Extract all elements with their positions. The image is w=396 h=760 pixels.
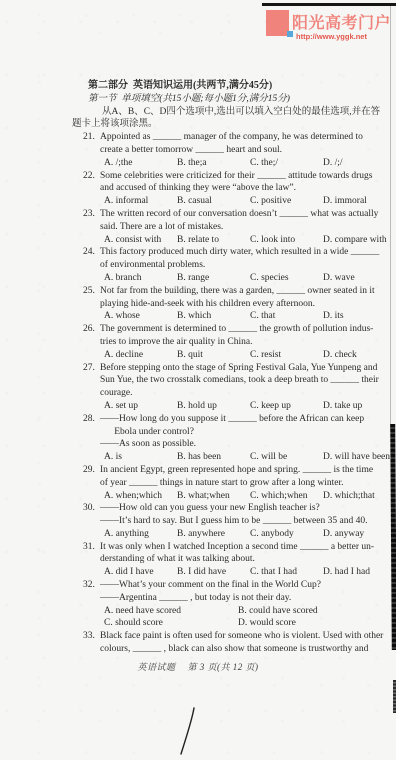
question-text-line: ——How old can you guess your new English… <box>100 502 393 515</box>
question-body: It was only when I watched Inception a s… <box>100 541 393 579</box>
page-footer: 英语试题第 3 页(共 12 页) <box>0 660 396 673</box>
question-number: 32. <box>83 579 95 592</box>
option: D. had I had <box>323 566 396 579</box>
question: 24.This factory produced much dirty wate… <box>72 246 393 284</box>
question-body: Black face paint is often used for someo… <box>100 630 393 656</box>
question-text-line: playing hide-and-seek with his children … <box>100 298 393 311</box>
question-body: Appointed as ______ manager of the compa… <box>100 131 393 169</box>
options-row: C. should scoreD. would score <box>100 617 393 630</box>
option: C. the;/ <box>250 157 323 170</box>
option: A. need have scored <box>104 605 238 618</box>
question-text-line: and accused of thinking they were “above… <box>100 182 393 195</box>
question-text-line: ——Argentina ______ , but today is not th… <box>100 592 393 605</box>
option: D. would score <box>238 617 372 630</box>
question-number: 28. <box>83 413 95 426</box>
option: D. check <box>323 349 396 362</box>
option: B. range <box>177 272 250 285</box>
question-text-line: ——It’s hard to say. But I guess him to b… <box>100 515 393 528</box>
question: 26.The government is determined to _____… <box>72 323 393 361</box>
option: C. should score <box>104 617 238 630</box>
option: D. immoral <box>323 195 396 208</box>
question: 23.The written record of our conversatio… <box>72 208 393 246</box>
question: 25.Not far from the building, there was … <box>72 285 393 323</box>
questions-list: 21.Appointed as ______ manager of the co… <box>72 131 393 656</box>
pen-stroke-mark <box>170 702 220 760</box>
question-text-line: derstanding of what it was talking about… <box>100 553 393 566</box>
logo-blue-square-icon <box>287 31 293 37</box>
option: A. branch <box>104 272 177 285</box>
option: A. consist with <box>104 234 177 247</box>
question-number: 30. <box>83 502 95 515</box>
question-text-line: Appointed as ______ manager of the compa… <box>100 131 393 144</box>
option: C. that <box>250 310 323 323</box>
option: D. wave <box>323 272 396 285</box>
question: 30.——How old can you guess your new Engl… <box>72 502 393 540</box>
question-body: The government is determined to ______ t… <box>100 323 393 361</box>
question-text-line: Not far from the building, there was a g… <box>100 285 393 298</box>
option: D. anyway <box>323 528 396 541</box>
question-text-line: Before stepping onto the stage of Spring… <box>100 362 393 375</box>
question-body: This factory produced much dirty water, … <box>100 246 393 284</box>
option: D. /;/ <box>323 157 396 170</box>
question-body: ——How long do you suppose it ______ befo… <box>100 413 393 464</box>
question-text-line: ——What’s your comment on the final in th… <box>100 579 393 592</box>
option: B. the;a <box>177 157 250 170</box>
option: D. compare with <box>323 234 396 247</box>
question: 21.Appointed as ______ manager of the co… <box>72 131 393 169</box>
option: C. resist <box>250 349 323 362</box>
option: A. set up <box>104 400 177 413</box>
option: D. will have been <box>323 451 396 464</box>
question-body: Not far from the building, there was a g… <box>100 285 393 323</box>
options-row: A. need have scoredB. could have scored <box>100 605 393 618</box>
question-text-line: colours, ______ , black can also show th… <box>100 643 393 656</box>
question: 31.It was only when I watched Inception … <box>72 541 393 579</box>
question-text-line: of year ______ things in nature start to… <box>100 477 393 490</box>
option: B. quit <box>177 349 250 362</box>
options-row: A. when;whichB. what;whenC. which;whenD.… <box>100 490 393 503</box>
question-number: 21. <box>83 131 95 144</box>
question: 22.Some celebrities were criticized for … <box>72 170 393 208</box>
options-row: A. consist withB. relate toC. look intoD… <box>100 234 393 247</box>
site-url: http://www.yggk.net <box>296 32 367 41</box>
question-text-line: of environmental problems. <box>100 259 393 272</box>
question-text-line: Sun Yue, the two crosstalk comedians, to… <box>100 374 393 387</box>
option: C. that I had <box>250 566 323 579</box>
question-text-line: ——As soon as possible. <box>100 438 393 451</box>
doc-label: 英语试题 <box>137 662 175 672</box>
question-text-line: create a better tomorrow ______ heart an… <box>100 144 393 157</box>
question-number: 22. <box>83 170 95 183</box>
option: A. informal <box>104 195 177 208</box>
question-body: In ancient Egypt, green represented hope… <box>100 464 393 502</box>
question-body: Some celebrities were criticized for the… <box>100 170 393 208</box>
scanned-exam-page: 阳光高考门户 http://www.yggk.net 第二部分 英语知识运用(共… <box>0 0 396 760</box>
question: 33.Black face paint is often used for so… <box>72 630 393 656</box>
option: B. I did have <box>177 566 250 579</box>
options-row: A. isB. has beenC. will beD. will have b… <box>100 451 393 464</box>
logo-red-square-icon <box>266 10 289 36</box>
site-name: 阳光高考门户 <box>292 10 391 33</box>
option: B. could have scored <box>238 605 372 618</box>
question-number: 31. <box>83 541 95 554</box>
part-title: 第二部分 英语知识运用(共两节,满分45分) <box>72 80 393 93</box>
option: A. anything <box>104 528 177 541</box>
question-text-line: Some celebrities were criticized for the… <box>100 170 393 183</box>
scan-edge-top-line <box>262 3 396 6</box>
question-text-line: tries to improve the air quality in Chin… <box>100 336 393 349</box>
question-text-line: courage. <box>100 387 393 400</box>
section-title: 第一节 单项填空(共15小题;每小题1分,满分15分) <box>72 93 393 106</box>
question-text-line: In ancient Egypt, green represented hope… <box>100 464 393 477</box>
question-body: The written record of our conversation d… <box>100 208 393 246</box>
question-number: 23. <box>83 208 95 221</box>
options-row: A. /;theB. the;aC. the;/D. /;/ <box>100 157 393 170</box>
option: A. did I have <box>104 566 177 579</box>
instruction-line: 从A、B、C、D四个选项中,选出可以填入空白处的最佳选项,并在答 <box>72 106 393 119</box>
instruction-line: 题卡上将该项涂黑。 <box>72 118 393 131</box>
options-row: A. declineB. quitC. resistD. check <box>100 349 393 362</box>
option: B. which <box>177 310 250 323</box>
question-number: 24. <box>83 246 95 259</box>
option: C. look into <box>250 234 323 247</box>
option: B. relate to <box>177 234 250 247</box>
option: C. will be <box>250 451 323 464</box>
question-body: Before stepping onto the stage of Spring… <box>100 362 393 413</box>
option: B. casual <box>177 195 250 208</box>
option: B. hold up <box>177 400 250 413</box>
options-row: A. whoseB. whichC. thatD. its <box>100 310 393 323</box>
option: B. anywhere <box>177 528 250 541</box>
option: C. anybody <box>250 528 323 541</box>
option: A. when;which <box>104 490 177 503</box>
option: D. its <box>323 310 396 323</box>
question-body: ——What’s your comment on the final in th… <box>100 579 393 630</box>
options-row: A. informalB. casualC. positiveD. immora… <box>100 195 393 208</box>
question-text-line: Ebola under control? <box>100 426 393 439</box>
options-row: A. branchB. rangeC. speciesD. wave <box>100 272 393 285</box>
question-text-line: The government is determined to ______ t… <box>100 323 393 336</box>
scan-edge-right-tick <box>393 680 396 713</box>
option: D. take up <box>323 400 396 413</box>
question-number: 27. <box>83 362 95 375</box>
question-number: 33. <box>83 630 95 643</box>
question: 32.——What’s your comment on the final in… <box>72 579 393 630</box>
options-row: A. anythingB. anywhereC. anybodyD. anywa… <box>100 528 393 541</box>
question-number: 26. <box>83 323 95 336</box>
option: C. keep up <box>250 400 323 413</box>
options-row: A. set upB. hold upC. keep upD. take up <box>100 400 393 413</box>
question-text-line: Black face paint is often used for someo… <box>100 630 393 643</box>
question: 29.In ancient Egypt, green represented h… <box>72 464 393 502</box>
question-number: 29. <box>83 464 95 477</box>
option: A. decline <box>104 349 177 362</box>
question: 27.Before stepping onto the stage of Spr… <box>72 362 393 413</box>
question: 28.——How long do you suppose it ______ b… <box>72 413 393 464</box>
option: D. which;that <box>323 490 396 503</box>
option: C. which;when <box>250 490 323 503</box>
exam-content: 第二部分 英语知识运用(共两节,满分45分) 第一节 单项填空(共15小题;每小… <box>72 80 393 656</box>
question-text-line: ——How long do you suppose it ______ befo… <box>100 413 393 426</box>
question-number: 25. <box>83 285 95 298</box>
option: C. positive <box>250 195 323 208</box>
question-text-line: The written record of our conversation d… <box>100 208 393 221</box>
option: A. is <box>104 451 177 464</box>
options-row: A. did I haveB. I did haveC. that I hadD… <box>100 566 393 579</box>
option: B. has been <box>177 451 250 464</box>
page-number-label: 第 3 页(共 12 页) <box>188 662 259 672</box>
option: A. whose <box>104 310 177 323</box>
question-text-line: This factory produced much dirty water, … <box>100 246 393 259</box>
option: C. species <box>250 272 323 285</box>
question-text-line: said. There are a lot of mistakes. <box>100 221 393 234</box>
question-body: ——How old can you guess your new English… <box>100 502 393 540</box>
question-text-line: It was only when I watched Inception a s… <box>100 541 393 554</box>
option: A. /;the <box>104 157 177 170</box>
option: B. what;when <box>177 490 250 503</box>
